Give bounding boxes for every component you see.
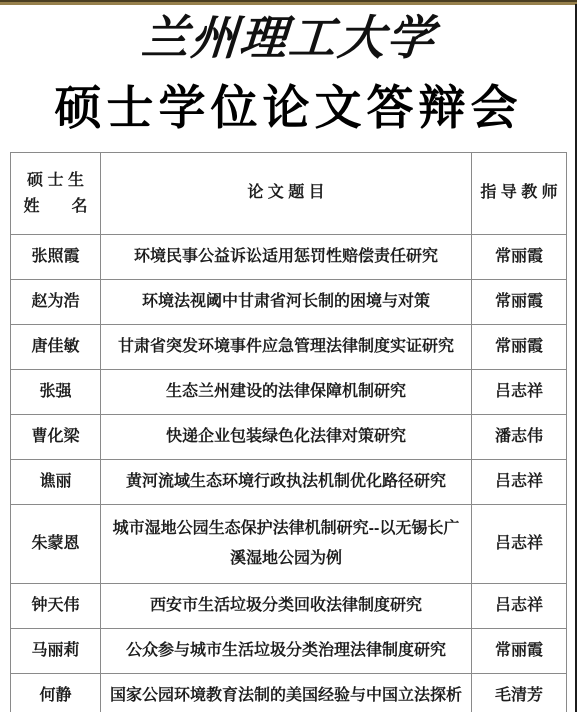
table-row: 马丽莉 公众参与城市生活垃圾分类治理法律制度研究 常丽霞	[11, 629, 567, 674]
student-name-cell: 钟天伟	[11, 584, 101, 629]
thesis-defense-table: 硕 士 生 姓 名 论 文 题 目 指 导 教 师 张照霞 环境民事公益诉讼适用…	[10, 152, 567, 712]
student-name-cell: 何静	[11, 674, 101, 712]
header-student-line1: 硕 士 生	[17, 168, 94, 194]
advisor-cell: 吕志祥	[472, 370, 567, 415]
student-name-cell: 马丽莉	[11, 629, 101, 674]
thesis-title-cell: 西安市生活垃圾分类回收法律制度研究	[101, 584, 472, 629]
advisor-cell: 常丽霞	[472, 235, 567, 280]
table-row: 朱蒙恩 城市湿地公园生态保护法律机制研究--以无锡长广溪湿地公园为例 吕志祥	[11, 505, 567, 584]
student-name-cell: 朱蒙恩	[11, 505, 101, 584]
student-name-cell: 张照霞	[11, 235, 101, 280]
thesis-title-cell: 甘肃省突发环境事件应急管理法律制度实证研究	[101, 325, 472, 370]
student-name-cell: 曹化梁	[11, 415, 101, 460]
thesis-title-cell: 环境法视阈中甘肃省河长制的困境与对策	[101, 280, 472, 325]
table-row: 何静 国家公园环境教育法制的美国经验与中国立法探析 毛清芳	[11, 674, 567, 712]
thesis-title-cell: 黄河流域生态环境行政执法机制优化路径研究	[101, 460, 472, 505]
advisor-cell: 潘志伟	[472, 415, 567, 460]
thesis-title-cell: 公众参与城市生活垃圾分类治理法律制度研究	[101, 629, 472, 674]
table-row: 谯丽 黄河流域生态环境行政执法机制优化路径研究 吕志祥	[11, 460, 567, 505]
thesis-title-cell: 环境民事公益诉讼适用惩罚性赔偿责任研究	[101, 235, 472, 280]
student-name-cell: 张强	[11, 370, 101, 415]
student-name-cell: 谯丽	[11, 460, 101, 505]
table-header-row: 硕 士 生 姓 名 论 文 题 目 指 导 教 师	[11, 153, 567, 235]
advisor-cell: 毛清芳	[472, 674, 567, 712]
advisor-cell: 常丽霞	[472, 629, 567, 674]
student-name-cell: 唐佳敏	[11, 325, 101, 370]
university-logo-calligraphy: 兰州理工大学	[0, 8, 577, 70]
thesis-title-cell: 快递企业包装绿色化法律对策研究	[101, 415, 472, 460]
table-row: 唐佳敏 甘肃省突发环境事件应急管理法律制度实证研究 常丽霞	[11, 325, 567, 370]
table-row: 钟天伟 西安市生活垃圾分类回收法律制度研究 吕志祥	[11, 584, 567, 629]
table-row: 张照霞 环境民事公益诉讼适用惩罚性赔偿责任研究 常丽霞	[11, 235, 567, 280]
table-row: 赵为浩 环境法视阈中甘肃省河长制的困境与对策 常丽霞	[11, 280, 567, 325]
header-student-line2: 姓 名	[17, 194, 94, 220]
table-row: 张强 生态兰州建设的法律保障机制研究 吕志祥	[11, 370, 567, 415]
advisor-cell: 吕志祥	[472, 584, 567, 629]
page-title: 硕士学位论文答辩会	[0, 78, 577, 140]
header-thesis-title: 论 文 题 目	[101, 153, 472, 235]
advisor-cell: 吕志祥	[472, 505, 567, 584]
thesis-title-cell: 生态兰州建设的法律保障机制研究	[101, 370, 472, 415]
advisor-cell: 常丽霞	[472, 325, 567, 370]
advisor-cell: 吕志祥	[472, 460, 567, 505]
student-name-cell: 赵为浩	[11, 280, 101, 325]
table-row: 曹化梁 快递企业包装绿色化法律对策研究 潘志伟	[11, 415, 567, 460]
header-student-name: 硕 士 生 姓 名	[11, 153, 101, 235]
thesis-title-cell: 城市湿地公园生态保护法律机制研究--以无锡长广溪湿地公园为例	[101, 505, 472, 584]
header-advisor: 指 导 教 师	[472, 153, 567, 235]
top-decorative-bar	[0, 0, 577, 5]
thesis-title-cell: 国家公园环境教育法制的美国经验与中国立法探析	[101, 674, 472, 712]
advisor-cell: 常丽霞	[472, 280, 567, 325]
